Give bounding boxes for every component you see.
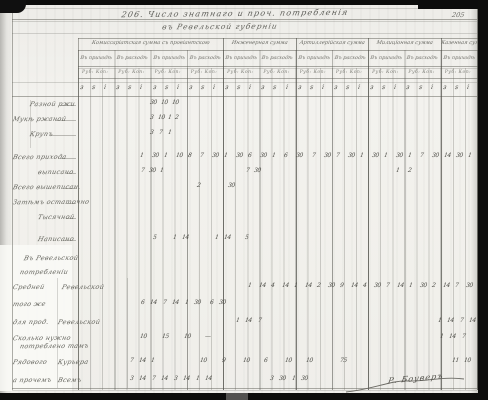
cell-value: 30 [372, 152, 380, 159]
column-group-header: Комиссаріатская сумма съ провіантскою [77, 39, 224, 49]
cell-value: 10 [285, 357, 293, 364]
column-subheader: Въ расходѣ [404, 54, 442, 63]
money-unit-label: Руб: Коп: [82, 69, 112, 76]
cell-value: — [205, 333, 211, 340]
money-unit-label: Руб: Коп: [155, 69, 185, 76]
label-leader-line [66, 218, 76, 219]
money-unit-label: Руб: Коп: [372, 69, 402, 76]
cell-value: 10 [200, 357, 208, 364]
rule-line [12, 19, 477, 20]
scan-edge-corner-tl [0, 0, 26, 13]
unit-mark: з [333, 83, 338, 91]
cell-value: 30 [374, 282, 382, 289]
cell-value: 10 [158, 114, 166, 121]
cell-value: 14 [397, 282, 405, 289]
cell-value: 14 [150, 299, 158, 306]
cell-value: 14 [444, 152, 452, 159]
row-label: Крупъ [29, 130, 54, 138]
column-subheader: Въ приходѣ [222, 54, 260, 63]
cell-value: 30 [456, 152, 464, 159]
column-group-header: Милиціонная сумма [367, 39, 442, 49]
scan-edge-top [0, 0, 488, 5]
scan-fold-notch [226, 393, 248, 400]
label-leader-line [60, 105, 76, 106]
cell-value: 10 [140, 333, 148, 340]
row-label: Курьера [57, 358, 89, 366]
cell-value: 30 [279, 375, 287, 382]
cell-value: 14 [282, 282, 290, 289]
cell-value: 11 [452, 357, 460, 364]
cell-value: 30 [149, 167, 157, 174]
row-label: для прод. [12, 318, 50, 326]
row-label: Мукѣ ржаной [12, 115, 67, 123]
cell-value: 75 [340, 357, 348, 364]
row-label: Тысячной [37, 213, 75, 221]
cell-value: 10 [176, 152, 184, 159]
cell-value: 14 [305, 282, 313, 289]
cell-value: 10 [184, 333, 192, 340]
column-subheader: Въ расходѣ [113, 54, 151, 63]
cell-value: 30 [228, 182, 236, 189]
column-group-header: Артиллерійская сумма [295, 39, 369, 49]
cell-value: 30 [324, 152, 332, 159]
cell-value: 14 [183, 375, 191, 382]
cell-value: 14 [447, 317, 455, 324]
cell-value: 14 [182, 234, 190, 241]
row-label: того же [12, 300, 47, 308]
cell-value: 10 [172, 99, 180, 106]
cell-value: 14 [443, 282, 451, 289]
money-unit-label: Руб: Коп: [191, 69, 221, 76]
label-leader-line [64, 188, 76, 189]
cell-value: 30 [301, 375, 309, 382]
cell-value: 14 [139, 375, 147, 382]
cell-value: 30 [254, 167, 262, 174]
unit-mark: з [442, 83, 447, 91]
row-label-line2: потреблено тамъ [19, 342, 90, 350]
cell-value: 30 [236, 152, 244, 159]
label-leader-line [56, 120, 76, 121]
row-label: Средней [12, 283, 46, 291]
cell-value: 30 [260, 152, 268, 159]
unit-mark: ѕ [164, 83, 168, 91]
row-label: Затѣмъ остаточно [12, 198, 90, 207]
label-leader-line [64, 240, 76, 241]
row-label: Въ Ревельской [23, 254, 79, 262]
subcolumn-grid [78, 50, 478, 390]
cell-value: 30 [150, 99, 158, 106]
label-leader-line [66, 173, 76, 174]
cell-value: 10 [306, 357, 314, 364]
money-unit-label: Руб: Коп: [408, 69, 438, 76]
scanned-ledger-page: 206. Число знатнаго и проч. потребленія … [0, 0, 488, 400]
row-label: Разной ржи [29, 100, 76, 108]
label-leader-line [50, 135, 76, 136]
cell-value: 10 [243, 357, 251, 364]
cell-value: 30 [194, 299, 202, 306]
money-unit-label: Руб: Коп: [263, 69, 293, 76]
cell-value: 30 [348, 152, 356, 159]
scan-edge-right [478, 0, 488, 400]
unit-mark: ѕ [309, 83, 313, 91]
row-label: Всего прихода [12, 153, 68, 161]
cell-value: 30 [432, 152, 440, 159]
money-unit-label: Руб: Коп: [118, 69, 148, 76]
page-title: 206. Число знатнаго и проч. потребленія [109, 8, 361, 20]
unit-mark: з [152, 83, 157, 91]
cell-value: 30 [152, 152, 160, 159]
cell-value: 14 [205, 375, 213, 382]
unit-mark: з [188, 83, 193, 91]
unit-mark: з [225, 83, 230, 91]
cell-value: 30 [420, 282, 428, 289]
column-group-header: Инженерная сумма [222, 39, 297, 49]
row-label: а прочемъ [12, 376, 53, 384]
label-leader-line [66, 203, 76, 204]
row-label: Всемъ [57, 376, 82, 384]
cell-value: 30 [219, 299, 227, 306]
cell-value: 30 [328, 282, 336, 289]
cell-value: 14 [259, 282, 267, 289]
cell-value: 14 [449, 333, 457, 340]
cell-value: 10 [161, 99, 169, 106]
column-subheader: Въ приходѣ [440, 54, 478, 63]
money-unit-label: Руб: Коп: [227, 69, 257, 76]
column-subheader: Въ приходѣ [295, 54, 333, 63]
unit-mark: з [79, 83, 84, 91]
column-subheader: Въ расходѣ [186, 54, 224, 63]
money-unit-label: Руб: Коп: [300, 69, 330, 76]
cell-value: 14 [139, 357, 147, 364]
column-subheader: Въ расходѣ [259, 54, 297, 63]
cell-value: 14 [224, 234, 232, 241]
cell-value: 14 [469, 317, 477, 324]
unit-mark: ѕ [418, 83, 422, 91]
row-label: Ревельской [57, 318, 101, 326]
cell-value: 14 [351, 282, 359, 289]
cell-value: 14 [172, 299, 180, 306]
row-label: Ревельской [61, 283, 105, 291]
cell-value: 14 [161, 375, 169, 382]
row-label: Написано [37, 235, 75, 243]
row-label: Рядового [12, 358, 48, 366]
rule-line [12, 33, 477, 34]
cell-value: 15 [162, 333, 170, 340]
label-leader-line [60, 158, 76, 159]
column-group-header: Казенная сумма [440, 39, 478, 49]
row-label: выписано [37, 168, 75, 176]
unit-mark: і [285, 83, 288, 91]
money-unit-label: Руб: Коп: [336, 69, 366, 76]
unit-mark: з [370, 83, 375, 91]
ink-layer: 206. Число знатнаго и проч. потребленія … [0, 0, 488, 400]
column-subheader: Въ приходѣ [367, 54, 405, 63]
money-unit-label: Руб: Коп: [445, 69, 475, 76]
cell-value: 10 [464, 357, 472, 364]
column-subheader: Въ приходѣ [150, 54, 188, 63]
column-subheader: Въ приходѣ [77, 54, 115, 63]
cell-value: 30 [466, 282, 474, 289]
column-subheader: Въ расходѣ [331, 54, 369, 63]
cell-value: 30 [396, 152, 404, 159]
row-label: Сколько нужно [12, 334, 72, 342]
cell-value: 14 [245, 317, 253, 324]
row-label: потребленіи [19, 268, 69, 276]
row-label: Всего вышеписан. [12, 183, 82, 191]
unit-mark: з [297, 83, 302, 91]
cell-value: 30 [212, 152, 220, 159]
page-subtitle: въ Ревельской губерніи [129, 21, 311, 31]
page-number: 205 [451, 11, 465, 19]
cell-value: 30 [296, 152, 304, 159]
